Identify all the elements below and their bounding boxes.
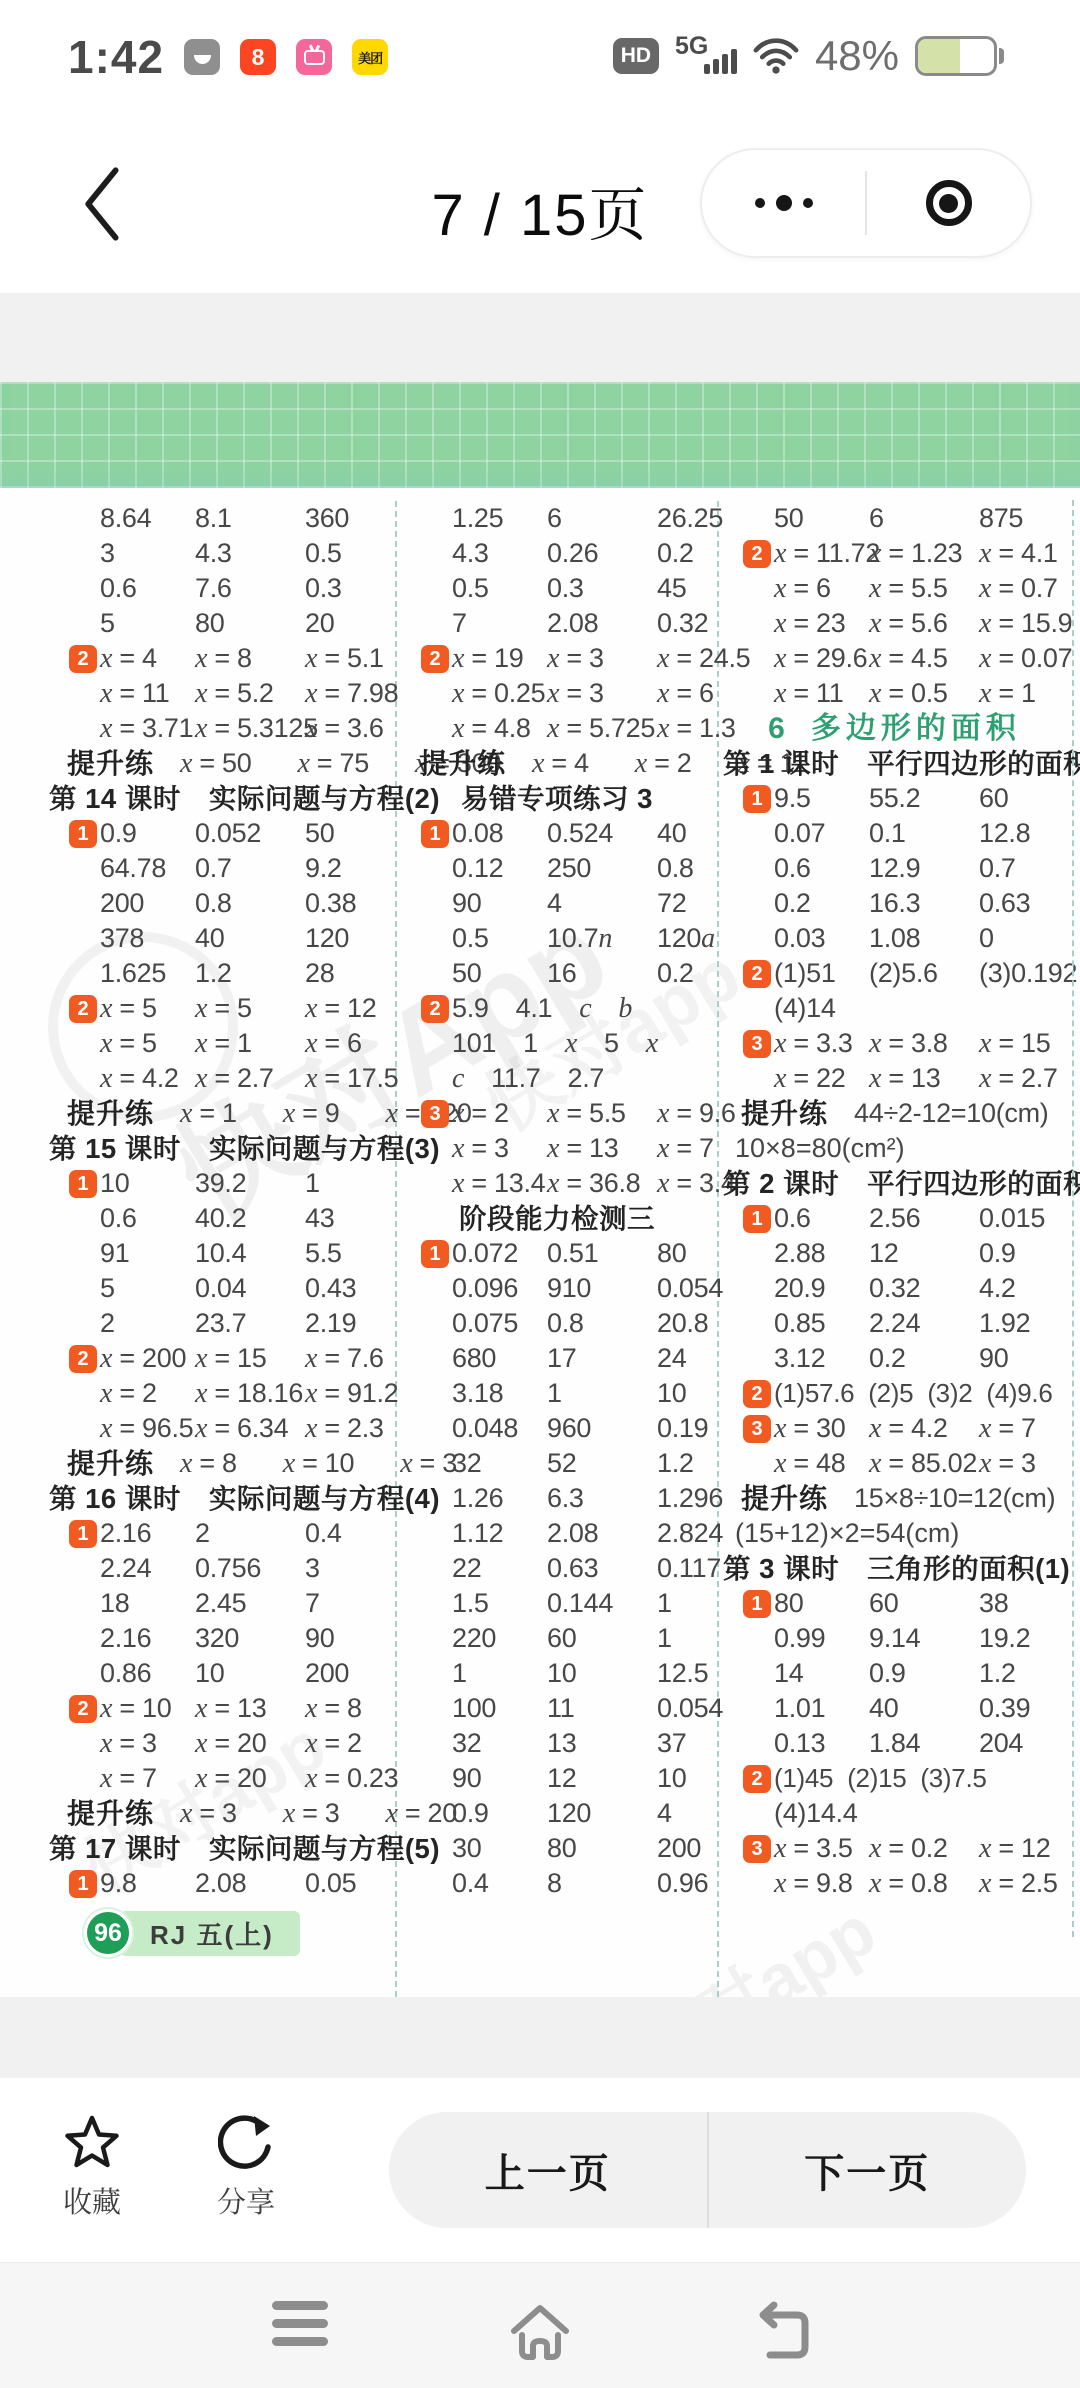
answer-row: x = 22x = 13x = 2.7 <box>719 1061 1070 1096</box>
answer-cell: 30 <box>452 1831 547 1866</box>
answer-row: 0.612.90.7 <box>719 851 1070 886</box>
boost-label: 提升练 <box>67 1796 154 1831</box>
answer-cell: 9.8 <box>100 1866 195 1901</box>
answer-cell: 60 <box>547 1621 657 1656</box>
question-number-badge: 3 <box>421 1100 449 1128</box>
answer-cell: 1.2 <box>195 956 305 991</box>
answer-cell: 0.9 <box>979 1236 1070 1271</box>
answer-row: 2(1)57.6(2)5(3)2(4)9.6 <box>719 1376 1070 1411</box>
question-number-badge: 1 <box>69 1170 97 1198</box>
boost-label: 提升练 <box>67 746 154 781</box>
answer-cell: 1 <box>657 1621 717 1656</box>
answer-row: x = 96.5x = 6.34x = 2.3 <box>45 1411 395 1446</box>
answer-row: x = 48x = 85.02x = 3 <box>719 1446 1070 1481</box>
answer-row: 0.999.1419.2 <box>719 1621 1070 1656</box>
answer-cell: 2.24 <box>869 1306 979 1341</box>
answer-cell: 0.5 <box>452 571 547 606</box>
answer-cell: 3.18 <box>452 1376 547 1411</box>
answer-cell: 12 <box>547 1761 657 1796</box>
boost-practice-row: 提升练x = 4x = 2x = 11 <box>397 746 717 781</box>
answer-cell: 3 <box>100 536 195 571</box>
answer-cell: 0.756 <box>195 1551 305 1586</box>
share-button[interactable]: 分享 <box>186 2114 306 2221</box>
answer-row: 0.8610200 <box>45 1656 395 1691</box>
answer-cell: 91 <box>100 1236 195 1271</box>
answer-row: 3x = 2x = 5.5x = 9.6 <box>397 1096 717 1131</box>
answer-cell: 0.96 <box>657 1866 717 1901</box>
answer-cell: 1 <box>305 1166 395 1201</box>
smile-glyph <box>194 55 211 64</box>
answer-cell: 4.3 <box>452 536 547 571</box>
expression-text: (15+12)×2=54(cm) <box>735 1518 959 1548</box>
answer-cell: 80 <box>195 606 305 641</box>
answer-cell: 4.3 <box>195 536 305 571</box>
answer-cell: 910 <box>547 1271 657 1306</box>
home-button[interactable] <box>504 2301 576 2361</box>
boost-label: 提升练 <box>741 1481 828 1516</box>
answer-cell: 8.1 <box>195 501 305 536</box>
question-number-badge: 3 <box>743 1835 771 1863</box>
answer-page-image[interactable]: 快对App 快对app 快对app 快对app 8.648.136034.30.… <box>0 382 1080 1997</box>
boost-practice-row: 提升练x = 3x = 3x = 20 <box>45 1796 395 1831</box>
answer-cell: 101 <box>452 1026 496 1061</box>
answer-cell: x = 75 <box>297 746 368 781</box>
answer-row: 1.01400.39 <box>719 1691 1070 1726</box>
answer-row: 1806038 <box>719 1586 1070 1621</box>
answer-row: 58020 <box>45 606 395 641</box>
answer-cell: 0.63 <box>979 886 1070 921</box>
answer-cell: 0.2 <box>869 1341 979 1376</box>
answer-cell: x = 2.5 <box>979 1866 1070 1901</box>
answer-cell: 200 <box>657 1831 717 1866</box>
answer-cell: x = 91.2 <box>305 1376 398 1411</box>
section-header: 第 16 课时 实际问题与方程(4) <box>45 1481 395 1516</box>
answer-cell: 0.07 <box>774 816 869 851</box>
answer-cell: 0.4 <box>452 1866 547 1901</box>
answer-cell: 5 <box>604 1026 619 1061</box>
answer-cell: x = 5.5 <box>547 1096 657 1131</box>
cellular-signal-icon: 5G <box>675 34 737 78</box>
answer-cell: 2 <box>195 1516 305 1551</box>
answer-cell: x = 3.8 <box>869 1026 979 1061</box>
answer-row: 3.120.290 <box>719 1341 1070 1376</box>
answer-row: 0.070.112.8 <box>719 816 1070 851</box>
section-header: 阶段能力检测三 <box>397 1201 717 1236</box>
answer-cell: 0.7 <box>195 851 305 886</box>
answer-cell: 2.19 <box>305 1306 395 1341</box>
answer-cell: x = 2 <box>452 1096 547 1131</box>
answer-cell: 0.9 <box>100 816 195 851</box>
answer-cell: 9.5 <box>774 781 869 816</box>
answer-row: 1.266.31.296 <box>397 1481 717 1516</box>
answer-row: 0.0489600.19 <box>397 1411 717 1446</box>
answer-cell: 0.4 <box>305 1516 395 1551</box>
answer-cell: 23.7 <box>195 1306 305 1341</box>
answer-cell: 1 <box>657 1586 717 1621</box>
answer-cell: 1.5 <box>452 1586 547 1621</box>
answer-row: x = 13.4x = 36.8x = 3.4 <box>397 1166 717 1201</box>
answer-row: 1.25626.25 <box>397 501 717 536</box>
answer-row: 2x = 5x = 5x = 12 <box>45 991 395 1026</box>
answer-column-2: 1.25626.254.30.260.20.50.34572.080.322x … <box>397 501 719 1997</box>
answer-cell: 0.048 <box>452 1411 547 1446</box>
answer-cell: 1.26 <box>452 1481 547 1516</box>
answer-cell: x = 5 <box>100 991 195 1026</box>
answer-cell: 0.5 <box>452 921 547 956</box>
answer-row: 220601 <box>397 1621 717 1656</box>
answer-cell: x = 13 <box>195 1691 305 1726</box>
answer-cell: 2.08 <box>547 606 657 641</box>
answer-cell: 0.39 <box>979 1691 1070 1726</box>
answer-cell: x = 11 <box>100 676 195 711</box>
answer-cell: x = 12 <box>979 1831 1070 1866</box>
answer-cell: 0.2 <box>774 886 869 921</box>
answer-cell: 10 <box>100 1166 195 1201</box>
answer-cell: 22 <box>452 1551 547 1586</box>
answer-cell: 2.08 <box>547 1516 657 1551</box>
answer-cell: x = 8 <box>305 1691 395 1726</box>
answer-cell: 100 <box>452 1691 547 1726</box>
bilibili-notification-icon <box>296 39 332 75</box>
answer-cell: 378 <box>100 921 195 956</box>
answer-cell: 6 <box>869 501 979 536</box>
answer-cell: 0.9 <box>869 1656 979 1691</box>
answer-cell: 12.8 <box>979 816 1070 851</box>
answer-cell: 0.05 <box>305 1866 395 1901</box>
answer-cell: 14 <box>774 1656 869 1691</box>
answer-row: 1011x5x <box>397 1026 717 1061</box>
answer-cell: 40 <box>195 921 305 956</box>
answer-cell: 0.2 <box>657 536 717 571</box>
answer-row: 0.131.84204 <box>719 1726 1070 1761</box>
answer-cell: 50 <box>774 501 869 536</box>
answer-row: 2.240.7563 <box>45 1551 395 1586</box>
answer-cell: 17 <box>547 1341 657 1376</box>
answer-cell: x = 7 <box>657 1131 717 1166</box>
answer-cell: 10 <box>547 1656 657 1691</box>
favorite-label: 收藏 <box>63 2180 121 2221</box>
answer-cell: x = 6.34 <box>195 1411 305 1446</box>
answer-cell: 20.8 <box>657 1306 717 1341</box>
answer-cell: x = 7.98 <box>305 676 398 711</box>
answer-cell: 960 <box>547 1411 657 1446</box>
status-right: HD 5G 48% <box>613 32 1004 80</box>
boost-label: 提升练 <box>741 1096 828 1131</box>
answer-cell: x = 36.8 <box>547 1166 657 1201</box>
answer-cell: x = 0.23 <box>305 1761 398 1796</box>
answer-cell: x = 6 <box>305 1026 395 1061</box>
answer-row: 901210 <box>397 1761 717 1796</box>
answer-row: 0.0969100.054 <box>397 1271 717 1306</box>
answer-cell: x = 23 <box>774 606 869 641</box>
answer-cell: 45 <box>657 571 717 606</box>
answer-cell: 0.072 <box>452 1236 547 1271</box>
answer-cell: x = 3 <box>547 641 657 676</box>
answer-cell: 44÷2-12=10(cm) <box>854 1096 1048 1131</box>
answer-row: 0.0750.820.8 <box>397 1306 717 1341</box>
book-edition-label: RJ 五(上) <box>120 1911 300 1956</box>
answer-row: 9110.45.5 <box>45 1236 395 1271</box>
book-page-number-badge: 96 <box>84 1909 132 1957</box>
answer-cell: (1)45 <box>774 1761 833 1796</box>
answer-cell: x = 4 <box>532 746 589 781</box>
answer-cell: x = 1.23 <box>869 536 979 571</box>
answer-row: 506875 <box>719 501 1070 536</box>
answer-cell: x = 15 <box>195 1341 305 1376</box>
answer-cell: x = 0.7 <box>979 571 1070 606</box>
answer-cell: (4)14.4 <box>774 1796 857 1831</box>
answer-cell: x = 4.1 <box>979 536 1070 571</box>
answer-cell: 50 <box>305 816 395 851</box>
answer-row: 0.852.241.92 <box>719 1306 1070 1341</box>
gray-app-notification-icon <box>184 39 220 75</box>
answer-cell: 10 <box>195 1656 305 1691</box>
answer-cell: x <box>565 1026 577 1061</box>
section-header: 第 15 课时 实际问题与方程(3) <box>45 1131 395 1166</box>
answer-row: x = 3x = 20x = 2 <box>45 1726 395 1761</box>
recents-menu-button[interactable] <box>272 2301 328 2346</box>
star-icon <box>63 2114 121 2170</box>
question-number-badge: 1 <box>69 820 97 848</box>
answer-cell: x = 0.5 <box>869 676 979 711</box>
answer-row: 2(1)45(2)15(3)7.5 <box>719 1761 1070 1796</box>
answer-row: 20.90.324.2 <box>719 1271 1070 1306</box>
answer-row: 90472 <box>397 886 717 921</box>
answer-cell: 1.296 <box>657 1481 723 1516</box>
answer-row: x = 4.2x = 2.7x = 17.5 <box>45 1061 395 1096</box>
answer-row: x = 5x = 1x = 6 <box>45 1026 395 1061</box>
answer-cell: 2.7 <box>568 1061 605 1096</box>
boost-practice-row: 提升练x = 50x = 75x = 300 <box>45 746 395 781</box>
answer-cell: x = 48 <box>774 1446 869 1481</box>
prev-page-button[interactable]: 上一页 <box>389 2112 707 2228</box>
answer-row: 19.82.080.05 <box>45 1866 395 1901</box>
answer-cell: 24 <box>657 1341 717 1376</box>
answer-cell: 0.32 <box>657 606 717 641</box>
answer-cell: 0.03 <box>774 921 869 956</box>
boost-label: 提升练 <box>419 746 506 781</box>
answer-cell: x = 5.2 <box>195 676 305 711</box>
answer-cell: 1.01 <box>774 1691 869 1726</box>
answer-cell: 1 <box>452 1656 547 1691</box>
answer-row: 2000.80.38 <box>45 886 395 921</box>
answer-row: 72.080.32 <box>397 606 717 641</box>
share-label: 分享 <box>217 2180 275 2221</box>
answer-row: 10.0720.5180 <box>397 1236 717 1271</box>
answer-cell: 52 <box>547 1446 657 1481</box>
answer-cell: 0.51 <box>547 1236 657 1271</box>
question-number-badge: 2 <box>743 960 771 988</box>
answer-row: 0.122500.8 <box>397 851 717 886</box>
answer-cell: x = 85.02 <box>869 1446 979 1481</box>
answer-cell: x = 15.9 <box>979 606 1072 641</box>
answer-row: 2x = 19x = 3x = 24.5 <box>397 641 717 676</box>
answer-cell: x = 11 <box>774 676 869 711</box>
answer-row: 10.080.52440 <box>397 816 717 851</box>
answer-row: 8.648.1360 <box>45 501 395 536</box>
answer-cell: x = 0.25 <box>452 676 547 711</box>
more-button[interactable] <box>702 150 865 256</box>
answer-cell: 4 <box>547 886 657 921</box>
answer-row: 34.30.5 <box>45 536 395 571</box>
answer-cell: 38 <box>979 1586 1070 1621</box>
answer-cell: x = 7 <box>100 1761 195 1796</box>
answer-cell: x = 20 <box>195 1726 305 1761</box>
answer-row: x = 7x = 20x = 0.23 <box>45 1761 395 1796</box>
answer-cell: 2 <box>100 1306 195 1341</box>
answer-row: 64.780.79.2 <box>45 851 395 886</box>
section-header: 第 14 课时 实际问题与方程(2) <box>45 781 395 816</box>
answer-cell: 0.5 <box>305 536 395 571</box>
answer-cell: 19.2 <box>979 1621 1070 1656</box>
answer-cell: 0 <box>979 921 1070 956</box>
answer-cell: (2)5 <box>868 1376 913 1411</box>
answer-cell: x = 13 <box>869 1061 979 1096</box>
answer-row: 321337 <box>397 1726 717 1761</box>
question-number-badge: 1 <box>743 1590 771 1618</box>
boost-practice-row: 提升练44÷2-12=10(cm) <box>719 1096 1070 1131</box>
answer-cell: 1.08 <box>869 921 979 956</box>
question-number-badge: 2 <box>69 645 97 673</box>
answer-row: 11012.5 <box>397 1656 717 1691</box>
answer-cell: 0.054 <box>657 1691 723 1726</box>
answer-cell: 7 <box>452 606 547 641</box>
answer-row: 0.510.7n120a <box>397 921 717 956</box>
answer-cell: 9.14 <box>869 1621 979 1656</box>
answer-cell: 0.86 <box>100 1656 195 1691</box>
answer-cell: (3)7.5 <box>920 1761 986 1796</box>
expression-text: 10×8=80(cm²) <box>735 1133 905 1163</box>
question-number-badge: 2 <box>743 540 771 568</box>
boost-label: 提升练 <box>67 1446 154 1481</box>
answer-columns: 8.648.136034.30.50.67.60.3580202x = 4x =… <box>0 488 1080 1997</box>
answer-cell: 120 <box>547 1796 657 1831</box>
answer-cell: x = 3 <box>452 1131 547 1166</box>
answer-cell: x <box>646 1026 658 1061</box>
answer-row: 10.62.560.015 <box>719 1201 1070 1236</box>
answer-cell: x = 13.4 <box>452 1166 547 1201</box>
answer-cell: 0.8 <box>657 851 717 886</box>
answer-cell: 0.63 <box>547 1551 657 1586</box>
answer-row: 2x = 4x = 8x = 5.1 <box>45 641 395 676</box>
answer-cell: x = 10 <box>283 1446 354 1481</box>
answer-cell: c <box>579 991 591 1026</box>
answer-cell: x = 2.7 <box>979 1061 1070 1096</box>
status-left: 1:42 8 美团 <box>68 30 388 84</box>
answer-cell: x = 4.5 <box>869 641 979 676</box>
answer-cell: x = 17.5 <box>305 1061 398 1096</box>
answer-cell: 1 <box>547 1376 657 1411</box>
target-circle-icon <box>926 180 972 226</box>
battery-icon <box>915 36 1004 76</box>
answer-cell: 0.075 <box>452 1306 547 1341</box>
answer-row: 2x = 11.72x = 1.23x = 4.1 <box>719 536 1070 571</box>
answer-cell: x = 5.1 <box>305 641 395 676</box>
answer-cell: 3 <box>305 1551 395 1586</box>
signal-bars-icon <box>704 49 737 74</box>
answer-cell: (4)9.6 <box>986 1376 1052 1411</box>
answer-cell: 32 <box>452 1446 547 1481</box>
share-icon <box>218 2114 274 2170</box>
ellipsis-icon <box>755 195 813 211</box>
answer-row: 0.50.345 <box>397 571 717 606</box>
answer-cell: x = 15 <box>979 1026 1070 1061</box>
answer-cell: 12.9 <box>869 851 979 886</box>
answer-cell: x = 2.7 <box>195 1061 305 1096</box>
answer-cell: x = 3 <box>100 1726 195 1761</box>
answer-cell: x = 5.5 <box>869 571 979 606</box>
answer-row: 3x = 3.3x = 3.8x = 15 <box>719 1026 1070 1061</box>
answer-cell: 20.9 <box>774 1271 869 1306</box>
answer-cell: 0.26 <box>547 536 657 571</box>
answer-row: (4)14 <box>719 991 1070 1026</box>
answer-row: 6801724 <box>397 1341 717 1376</box>
answer-cell: 0.6 <box>100 571 195 606</box>
status-bar: 1:42 8 美团 HD 5G 48% <box>0 0 1080 110</box>
answer-cell: 0.096 <box>452 1271 547 1306</box>
answer-row: x = 6x = 5.5x = 0.7 <box>719 571 1070 606</box>
answer-cell: x = 7.6 <box>305 1341 395 1376</box>
answer-row: 1.50.1441 <box>397 1586 717 1621</box>
answer-cell: x = 6 <box>774 571 869 606</box>
answer-cell: 90 <box>452 1761 547 1796</box>
answer-cell: x = 4.2 <box>100 1061 195 1096</box>
answer-row: c11.72.7 <box>397 1061 717 1096</box>
answer-row: 37840120 <box>45 921 395 956</box>
favorite-button[interactable]: 收藏 <box>32 2114 152 2221</box>
answer-cell: x = 3.6 <box>305 711 395 746</box>
answer-cell: 120a <box>657 921 717 956</box>
answer-cell: x = 22 <box>774 1061 869 1096</box>
answer-cell: 2.56 <box>869 1201 979 1236</box>
answer-cell: 2.16 <box>100 1516 195 1551</box>
answer-cell: 0.38 <box>305 886 395 921</box>
answer-cell: 1.84 <box>869 1726 979 1761</box>
answer-row: 2.88120.9 <box>719 1236 1070 1271</box>
close-miniprogram-button[interactable] <box>867 150 1030 256</box>
answer-cell: 50 <box>452 956 547 991</box>
answer-cell: 16 <box>547 956 657 991</box>
question-number-badge: 2 <box>69 1695 97 1723</box>
answer-cell: 200 <box>305 1656 395 1691</box>
answer-row: 1.6251.228 <box>45 956 395 991</box>
answer-cell: x = 20 <box>195 1761 305 1796</box>
answer-cell: 0.13 <box>774 1726 869 1761</box>
back-nav-button[interactable] <box>752 2301 816 2361</box>
answer-cell: x = 3.3 <box>774 1026 869 1061</box>
answer-cell: 360 <box>305 501 395 536</box>
answer-cell: x = 50 <box>180 746 251 781</box>
app-screen: 1:42 8 美团 HD 5G 48% <box>0 0 1080 2388</box>
answer-cell: x = 8 <box>195 641 305 676</box>
question-number-badge: 1 <box>421 1240 449 1268</box>
next-page-button[interactable]: 下一页 <box>709 2112 1027 2228</box>
answer-row: 2x = 10x = 13x = 8 <box>45 1691 395 1726</box>
answer-cell: 28 <box>305 956 395 991</box>
answer-cell: 0.85 <box>774 1306 869 1341</box>
answer-cell: 10.7n <box>547 921 657 956</box>
answer-row: x = 29.6x = 4.5x = 0.07 <box>719 641 1070 676</box>
navigation-bar: 7 / 15页 <box>0 110 1080 293</box>
answer-cell: 0.9 <box>452 1796 547 1831</box>
answer-cell: 60 <box>979 781 1070 816</box>
answer-cell: 7 <box>305 1586 395 1621</box>
answer-column-1: 8.648.136034.30.50.67.60.3580202x = 4x =… <box>45 501 397 1997</box>
boost-practice-row: 提升练15×8÷10=12(cm) <box>719 1481 1070 1516</box>
answer-cell: 0.3 <box>305 571 395 606</box>
answer-row: x = 23x = 5.6x = 15.9 <box>719 606 1070 641</box>
answer-cell: x = 5.3125 <box>195 711 305 746</box>
